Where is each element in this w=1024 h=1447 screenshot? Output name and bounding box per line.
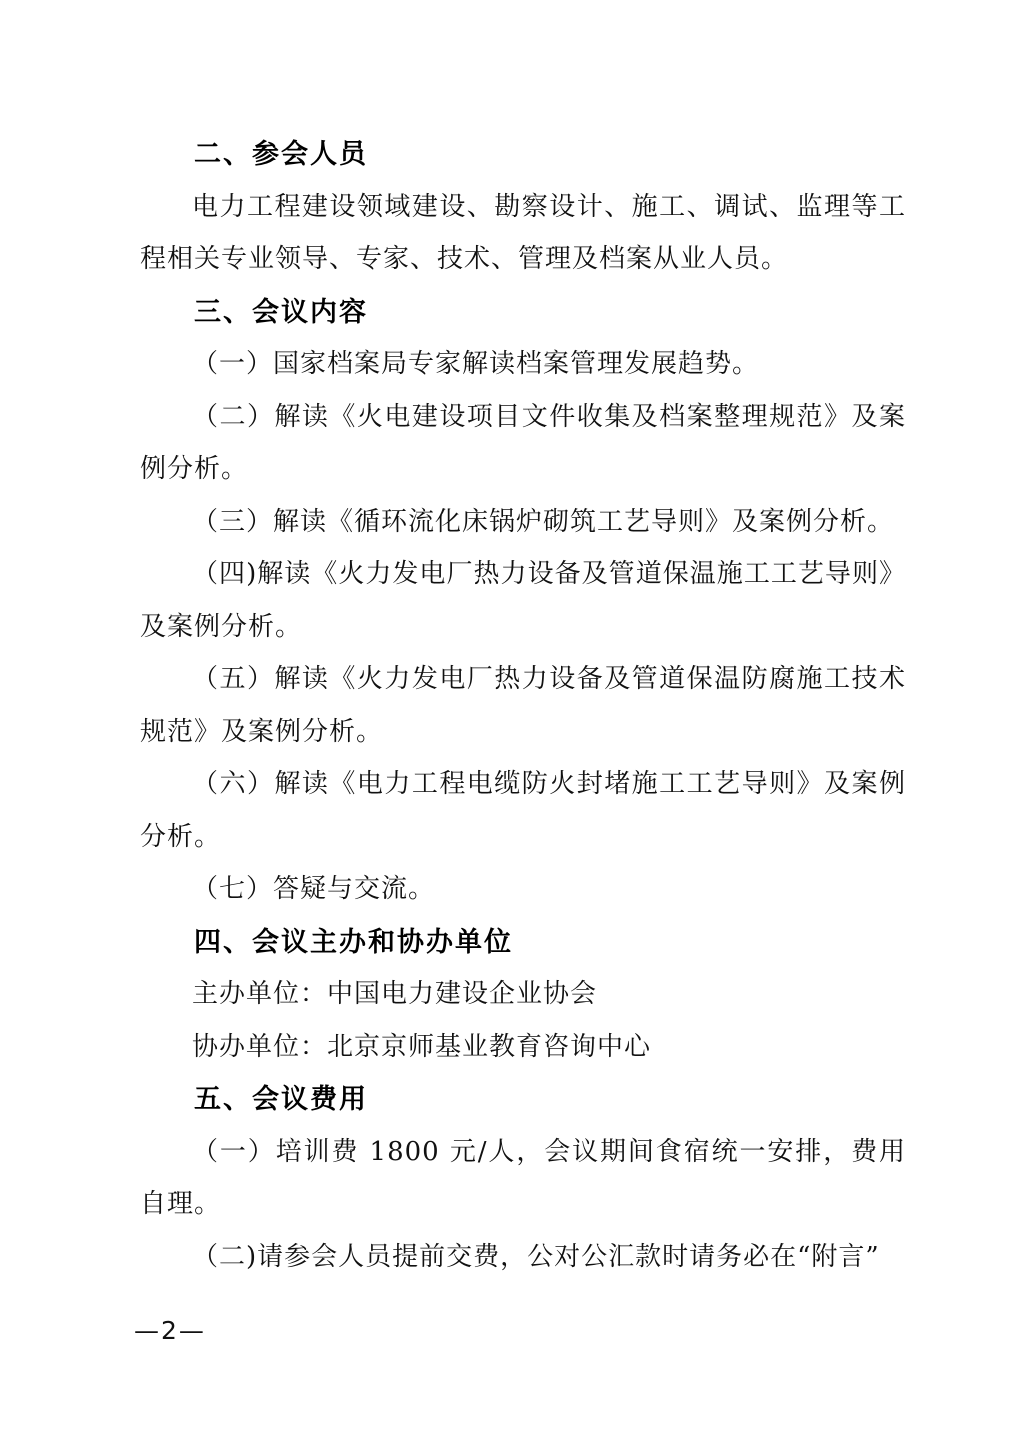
document-page: 二、参会人员 电力工程建设领域建设、勘察设计、施工、调试、监理等工程相关专业领导… (0, 0, 1024, 1447)
agenda-item-6: （六）解读《电力工程电缆防火封堵施工工艺导则》及案例分析。 (140, 758, 906, 863)
host-organizer-line: 主办单位：中国电力建设企业协会 (140, 968, 906, 1021)
section-heading-organizers: 四、会议主办和协办单位 (140, 916, 906, 969)
agenda-item-2: （二）解读《火电建设项目文件收集及档案整理规范》及案例分析。 (140, 391, 906, 496)
section-heading-agenda: 三、会议内容 (140, 286, 906, 339)
agenda-item-3: （三）解读《循环流化床锅炉砌筑工艺导则》及案例分析。 (140, 496, 906, 549)
section-heading-attendees: 二、参会人员 (140, 128, 906, 181)
fee-item-2: （二)请参会人员提前交费，公对公汇款时请务必在“附言” (140, 1231, 906, 1284)
fee-item-1: （一）培训费 1800 元/人，会议期间食宿统一安排，费用自理。 (140, 1126, 906, 1231)
page-number: —2— (134, 1316, 206, 1345)
agenda-item-5: （五）解读《火力发电厂热力设备及管道保温防腐施工技术规范》及案例分析。 (140, 653, 906, 758)
agenda-item-1: （一）国家档案局专家解读档案管理发展趋势。 (140, 338, 906, 391)
agenda-item-4: （四)解读《火力发电厂热力设备及管道保温施工工艺导则》及案例分析。 (140, 548, 906, 653)
document-content: 二、参会人员 电力工程建设领域建设、勘察设计、施工、调试、监理等工程相关专业领导… (140, 128, 906, 1283)
co-organizer-line: 协办单位：北京京师基业教育咨询中心 (140, 1021, 906, 1074)
agenda-item-7: （七）答疑与交流。 (140, 863, 906, 916)
section-heading-fees: 五、会议费用 (140, 1073, 906, 1126)
attendees-paragraph: 电力工程建设领域建设、勘察设计、施工、调试、监理等工程相关专业领导、专家、技术、… (140, 181, 906, 286)
